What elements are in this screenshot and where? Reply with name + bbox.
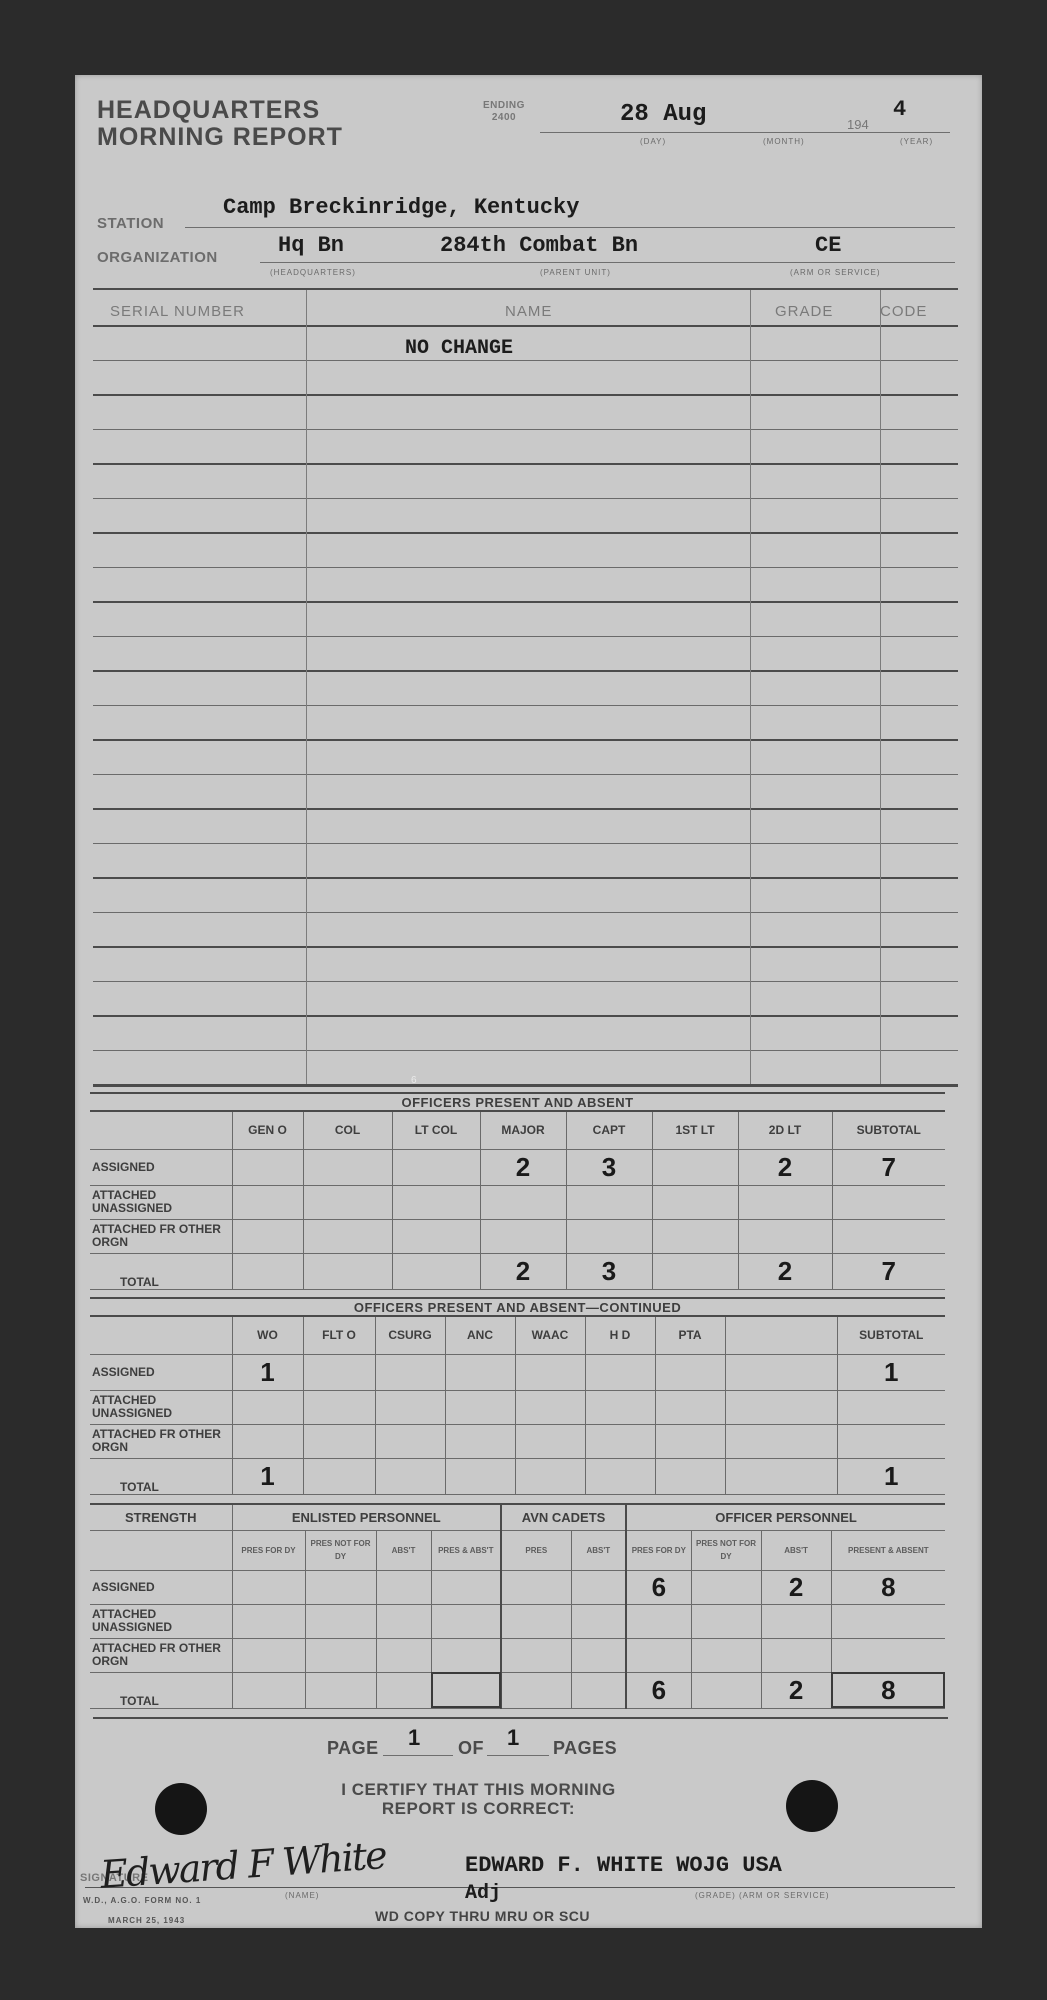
strength-row-attached-unassigned: ATTACHED UNASSIGNED (90, 1604, 945, 1638)
name-section-top-rule (93, 288, 958, 290)
grade-code-divider (880, 290, 881, 1085)
name-grade-divider (750, 290, 751, 1085)
cell (232, 1253, 303, 1289)
certification-text: I CERTIFY THAT THIS MORNING REPORT IS CO… (75, 1780, 882, 1818)
name-entry-line (93, 498, 958, 499)
total-pages: 1 (507, 1725, 519, 1751)
page-label: PAGE (327, 1738, 379, 1759)
cell-off-present-absent: 8 (831, 1570, 945, 1604)
name-entry-line (93, 912, 958, 913)
cont-col-waac: WAAC (515, 1316, 585, 1354)
headquarters-caption: (HEADQUARTERS) (270, 268, 356, 277)
officers-row-attached-unassigned: ATTACHED UNASSIGNED (90, 1185, 945, 1219)
title-morning-report: MORNING REPORT (97, 124, 343, 151)
date-underline (540, 132, 930, 133)
name-section-bottom-rule (93, 1084, 958, 1087)
officers-col-col: COL (303, 1111, 392, 1149)
name-entry-line (93, 567, 958, 568)
station-underline (185, 227, 955, 228)
enl-col-abst: ABS'T (376, 1530, 431, 1570)
continued-row-attached-unassigned: ATTACHED UNASSIGNED (90, 1390, 945, 1424)
cell (691, 1672, 761, 1708)
ending-time: 2400 (483, 112, 525, 124)
continued-row-assigned: ASSIGNED 1 1 (90, 1354, 945, 1390)
signer-title: Adj (465, 1882, 501, 1905)
name-entry-line (93, 1015, 958, 1017)
ending-label: ENDING 2400 (483, 100, 525, 124)
row-label: ATTACHED FR OTHER ORGN (90, 1424, 232, 1458)
off-col-abst: ABS'T (761, 1530, 831, 1570)
of-underline (487, 1755, 549, 1756)
organization-underline (260, 262, 955, 263)
cell-capt: 3 (566, 1149, 652, 1185)
col-grade: GRADE (775, 303, 833, 320)
name-entry-line (93, 739, 958, 741)
col-code: CODE (880, 303, 927, 320)
org-headquarters-value: Hq Bn (278, 233, 344, 258)
form-number-line1: W.D., A.G.O. FORM NO. 1 (83, 1891, 201, 1911)
morning-report-form: HEADQUARTERS MORNING REPORT ENDING 2400 … (75, 75, 982, 1928)
officers-col-gen-o: GEN O (232, 1111, 303, 1149)
pages-label: PAGES (553, 1738, 617, 1759)
enl-total-box (431, 1672, 501, 1708)
name-entry-line (93, 532, 958, 534)
continued-row-total: TOTAL 1 1 (90, 1458, 945, 1494)
officers-col-capt: CAPT (566, 1111, 652, 1149)
strength-table: STRENGTH ENLISTED PERSONNEL AVN CADETS O… (90, 1503, 945, 1709)
org-service-value: CE (815, 233, 841, 258)
cell-2d-lt: 2 (738, 1253, 832, 1289)
grade-service-caption: (GRADE) (ARM OR SERVICE) (695, 1891, 830, 1900)
page-number: 1 (408, 1725, 420, 1751)
name-entry-line (93, 325, 958, 327)
row-label: ATTACHED UNASSIGNED (90, 1390, 232, 1424)
cell-off-pres-for-dy: 6 (626, 1570, 691, 1604)
certification-line1: I CERTIFY THAT THIS MORNING (75, 1780, 882, 1799)
name-entry-line (93, 981, 958, 982)
name-entry-line (93, 946, 958, 948)
name-entry-line (93, 394, 958, 396)
officers-col-lt-col: LT COL (392, 1111, 480, 1149)
officers-col-2d-lt: 2D LT (738, 1111, 832, 1149)
cont-col-wo: WO (232, 1316, 303, 1354)
cell-off-abst: 2 (761, 1570, 831, 1604)
off-col-pres-for-dy: PRES FOR DY (626, 1530, 691, 1570)
cell-2d-lt: 2 (738, 1149, 832, 1185)
cell (691, 1570, 761, 1604)
row-label: ASSIGNED (90, 1149, 232, 1185)
group-enlisted-personnel: ENLISTED PERSONNEL (232, 1504, 501, 1530)
of-label: OF (458, 1738, 484, 1759)
cont-col-blank (725, 1316, 837, 1354)
row-label: ATTACHED FR OTHER ORGN (90, 1219, 232, 1253)
cont-col-csurg: CSURG (375, 1316, 445, 1354)
strength-row-attached-other: ATTACHED FR OTHER ORGN (90, 1638, 945, 1672)
cell (652, 1149, 738, 1185)
signer-typed-name: EDWARD F. WHITE WOJG USA (465, 1853, 782, 1878)
cell (392, 1149, 480, 1185)
year-caption: (YEAR) (900, 137, 933, 146)
cell-major: 2 (480, 1253, 566, 1289)
name-entry-line (93, 843, 958, 844)
cell (232, 1149, 303, 1185)
row-label: ATTACHED FR OTHER ORGN (90, 1638, 232, 1672)
strength-corner-label: STRENGTH (90, 1504, 232, 1530)
cell (303, 1253, 392, 1289)
cell-subtotal: 7 (832, 1149, 945, 1185)
cell-subtotal: 1 (837, 1354, 945, 1390)
name-entry-line (93, 670, 958, 672)
year-prefix: 194 (847, 117, 869, 132)
row-label: ASSIGNED (90, 1354, 232, 1390)
officers-row-assigned: ASSIGNED 2 3 2 7 (90, 1149, 945, 1185)
cont-col-flt-o: FLT O (303, 1316, 375, 1354)
ending-text: ENDING (483, 100, 525, 112)
form-title: HEADQUARTERS MORNING REPORT (97, 97, 343, 151)
name-entry-line (93, 360, 958, 361)
enl-col-pres-for-dy: PRES FOR DY (232, 1530, 305, 1570)
strength-corner (90, 1530, 232, 1570)
name-entry-no-change: NO CHANGE (405, 337, 513, 360)
name-entry-line (93, 774, 958, 775)
officers-table: OFFICERS PRESENT AND ABSENT GEN O COL LT… (90, 1092, 945, 1290)
cell-off-present-absent-total: 8 (831, 1672, 945, 1708)
service-caption: (ARM OR SERVICE) (790, 268, 881, 277)
cell-off-pres-for-dy: 6 (626, 1672, 691, 1708)
parent-unit-caption: (PARENT UNIT) (540, 268, 611, 277)
cadet-col-abst: ABS'T (571, 1530, 626, 1570)
name-entry-line (93, 877, 958, 879)
cont-col-subtotal: SUBTOTAL (837, 1316, 945, 1354)
cell-capt: 3 (566, 1253, 652, 1289)
off-col-present-absent: PRESENT & ABSENT (831, 1530, 945, 1570)
row-label: ATTACHED UNASSIGNED (90, 1604, 232, 1638)
officers-corner (90, 1111, 232, 1149)
cell-wo: 1 (232, 1458, 303, 1494)
name-entry-line (93, 636, 958, 637)
cell-major: 2 (480, 1149, 566, 1185)
cell-wo: 1 (232, 1354, 303, 1390)
routing-note: WD COPY THRU MRU OR SCU (375, 1908, 590, 1924)
year-value: 4 (893, 97, 906, 122)
group-officer-personnel: OFFICER PERSONNEL (626, 1504, 945, 1530)
row-label: TOTAL (90, 1253, 232, 1289)
name-entry-line (93, 808, 958, 810)
continued-corner (90, 1316, 232, 1354)
certification-line2: REPORT IS CORRECT: (75, 1799, 882, 1818)
cell-off-abst: 2 (761, 1672, 831, 1708)
continued-row-attached-other: ATTACHED FR OTHER ORGN (90, 1424, 945, 1458)
officers-continued-title: OFFICERS PRESENT AND ABSENT—CONTINUED (90, 1298, 945, 1316)
form-date-line: MARCH 25, 1943 (83, 1911, 201, 1931)
organization-label: ORGANIZATION (97, 249, 218, 266)
cont-col-anc: ANC (445, 1316, 515, 1354)
month-caption: (MONTH) (763, 137, 805, 146)
officers-col-subtotal: SUBTOTAL (832, 1111, 945, 1149)
officers-row-total: TOTAL 2 3 2 7 (90, 1253, 945, 1289)
cell (652, 1253, 738, 1289)
form-number: W.D., A.G.O. FORM NO. 1 MARCH 25, 1943 (83, 1891, 201, 1931)
cont-col-hd: H D (585, 1316, 655, 1354)
year-underline (880, 132, 950, 133)
enl-col-pres-not-for-dy: PRES NOT FOR DY (305, 1530, 376, 1570)
name-entry-line (93, 601, 958, 603)
strength-row-total: TOTAL 6 2 8 (90, 1672, 945, 1708)
cell-subtotal: 1 (837, 1458, 945, 1494)
row-label: TOTAL (90, 1672, 232, 1708)
name-entry-line (93, 705, 958, 706)
name-entry-line (93, 1050, 958, 1051)
page-underline (383, 1755, 453, 1756)
enl-col-pres-abst: PRES & ABS'T (431, 1530, 501, 1570)
off-col-pres-not-for-dy: PRES NOT FOR DY (691, 1530, 761, 1570)
cadet-col-pres: PRES (501, 1530, 571, 1570)
col-serial-number: SERIAL NUMBER (110, 303, 245, 320)
officers-continued-table: OFFICERS PRESENT AND ABSENT—CONTINUED WO… (90, 1297, 945, 1495)
serial-name-divider (306, 290, 307, 1085)
row-label: ATTACHED UNASSIGNED (90, 1185, 232, 1219)
name-caption: (NAME) (285, 1891, 319, 1900)
officers-table-title: OFFICERS PRESENT AND ABSENT (90, 1093, 945, 1111)
cell (303, 1149, 392, 1185)
cell-subtotal: 7 (832, 1253, 945, 1289)
day-caption: (DAY) (640, 137, 666, 146)
station-value: Camp Breckinridge, Kentucky (223, 195, 579, 220)
cell (392, 1253, 480, 1289)
name-entry-line (93, 429, 958, 430)
strength-row-assigned: ASSIGNED 6 2 8 (90, 1570, 945, 1604)
station-label: STATION (97, 215, 164, 232)
strength-bottom-rule (93, 1717, 948, 1719)
name-entry-line (93, 463, 958, 465)
row-label: TOTAL (90, 1458, 232, 1494)
officers-col-major: MAJOR (480, 1111, 566, 1149)
officers-col-1st-lt: 1ST LT (652, 1111, 738, 1149)
org-parent-unit-value: 284th Combat Bn (440, 233, 638, 258)
row-label: ASSIGNED (90, 1570, 232, 1604)
group-avn-cadets: AVN CADETS (501, 1504, 626, 1530)
col-name: NAME (505, 303, 552, 320)
report-date-value: 28 Aug (620, 101, 706, 128)
cont-col-pta: PTA (655, 1316, 725, 1354)
officers-row-attached-other: ATTACHED FR OTHER ORGN (90, 1219, 945, 1253)
title-headquarters: HEADQUARTERS (97, 97, 343, 124)
